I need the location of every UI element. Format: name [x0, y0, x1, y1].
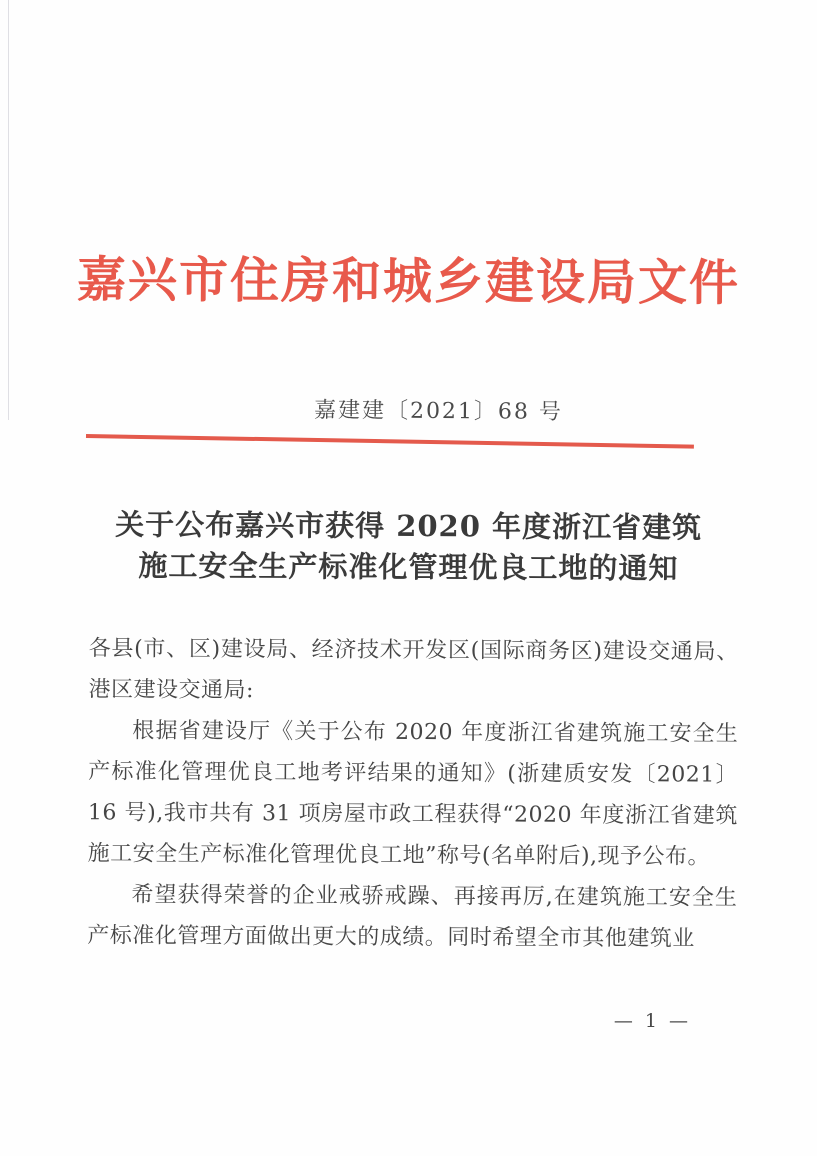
notice-title-line2: 施工安全生产标准化管理优良工地的通知: [0, 545, 817, 590]
red-divider-line: [86, 434, 694, 449]
salutation: 各县(市、区)建设局、经济技术开发区(国际商务区)建设交通局、港区建设交通局:: [88, 628, 738, 713]
notice-title-line1: 关于公布嘉兴市获得 2020 年度浙江省建筑: [0, 504, 817, 549]
document-page: 嘉兴市住房和城乡建设局文件 嘉建建〔2021〕68 号 关于公布嘉兴市获得 20…: [0, 0, 817, 1156]
notice-title: 关于公布嘉兴市获得 2020 年度浙江省建筑 施工安全生产标准化管理优良工地的通…: [0, 504, 817, 590]
paragraph-2: 希望获得荣誉的企业戒骄戒躁、再接再厉,在建筑施工安全生产标准化管理方面做出更大的…: [87, 874, 737, 959]
agency-header-title: 嘉兴市住房和城乡建设局文件: [0, 241, 817, 315]
paragraph-1: 根据省建设厅《关于公布 2020 年度浙江省建筑施工安全生产标准化管理优良工地考…: [88, 710, 739, 877]
scan-edge-artifact: [8, 0, 9, 420]
document-number: 嘉建建〔2021〕68 号: [30, 391, 817, 428]
page-number: — 1 —: [614, 1010, 691, 1032]
document-body: 各县(市、区)建设局、经济技术开发区(国际商务区)建设交通局、港区建设交通局: …: [87, 628, 739, 959]
